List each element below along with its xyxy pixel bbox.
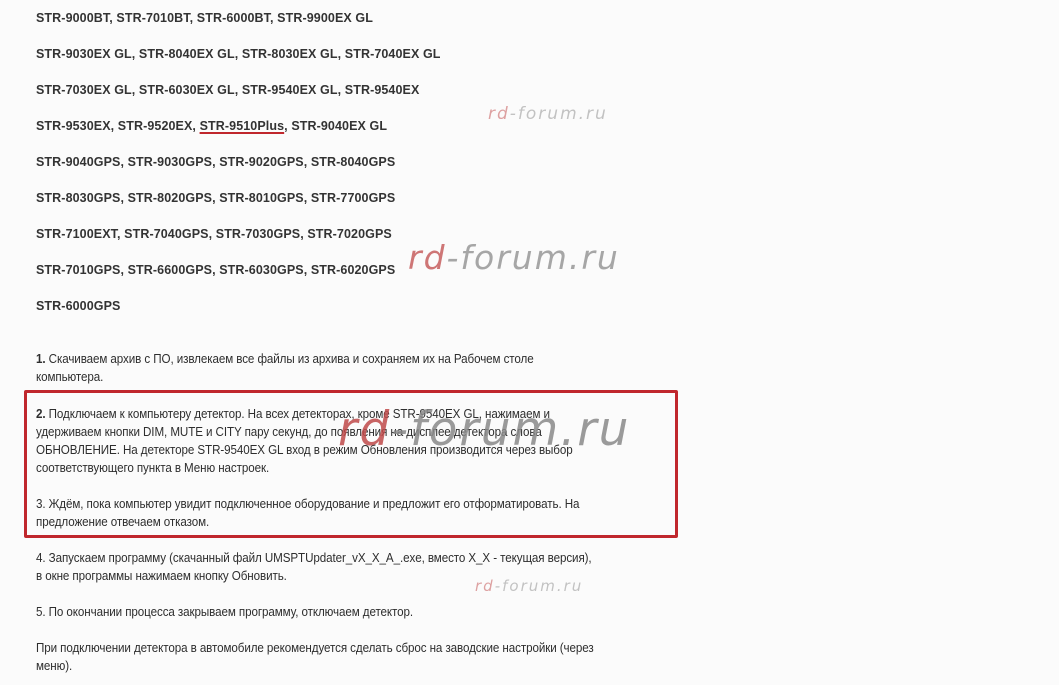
step-1: 1. Скачиваем архив с ПО, извлекаем все ф… [36,350,594,386]
model-line: STR-9000BT, STR-7010BT, STR-6000BT, STR-… [36,11,373,25]
model-line: STR-7100EXT, STR-7040GPS, STR-7030GPS, S… [36,227,392,241]
step-5: 5. По окончании процесса закрываем прогр… [36,603,594,621]
model-text: , STR-9040EX GL [284,119,387,133]
watermark-suffix: -forum.ru [495,577,584,595]
model-line-highlighted: STR-9530EX, STR-9520EX, STR-9510Plus, ST… [36,119,387,133]
model-line: STR-7030EX GL, STR-6030EX GL, STR-9540EX… [36,83,419,97]
watermark-suffix: -forum.ru [391,402,630,457]
step-number: 4. [36,551,46,565]
step-number: 5. [36,605,46,619]
note: При подключении детектора в автомобиле р… [36,639,594,675]
watermark: rd-forum.ru [488,104,608,124]
watermark-prefix: rd [408,238,447,277]
step-text: Скачиваем архив с ПО, извлекаем все файл… [36,352,534,384]
watermark-prefix: rd [338,402,391,457]
model-line: STR-8030GPS, STR-8020GPS, STR-8010GPS, S… [36,191,395,205]
model-line: STR-9040GPS, STR-9030GPS, STR-9020GPS, S… [36,155,395,169]
model-line: STR-6000GPS [36,299,120,313]
watermark: rd-forum.ru [408,238,620,277]
step-number: 2. [36,407,46,421]
watermark: rd-forum.ru [475,577,583,595]
step-3: 3. Ждём, пока компьютер увидит подключен… [36,495,594,531]
watermark-suffix: -forum.ru [510,104,608,124]
watermark: rd-forum.ru [338,402,630,457]
model-line: STR-9030EX GL, STR-8040EX GL, STR-8030EX… [36,47,441,61]
model-line: STR-7010GPS, STR-6600GPS, STR-6030GPS, S… [36,263,395,277]
watermark-prefix: rd [475,577,495,595]
step-text: По окончании процесса закрываем программ… [49,605,413,619]
step-number: 1. [36,352,46,366]
watermark-suffix: -forum.ru [447,238,620,277]
model-text: STR-9530EX, STR-9520EX, [36,119,200,133]
watermark-prefix: rd [488,104,510,124]
highlighted-model: STR-9510Plus [200,119,285,133]
step-text: Ждём, пока компьютер увидит подключенное… [36,497,579,529]
step-number: 3. [36,497,46,511]
